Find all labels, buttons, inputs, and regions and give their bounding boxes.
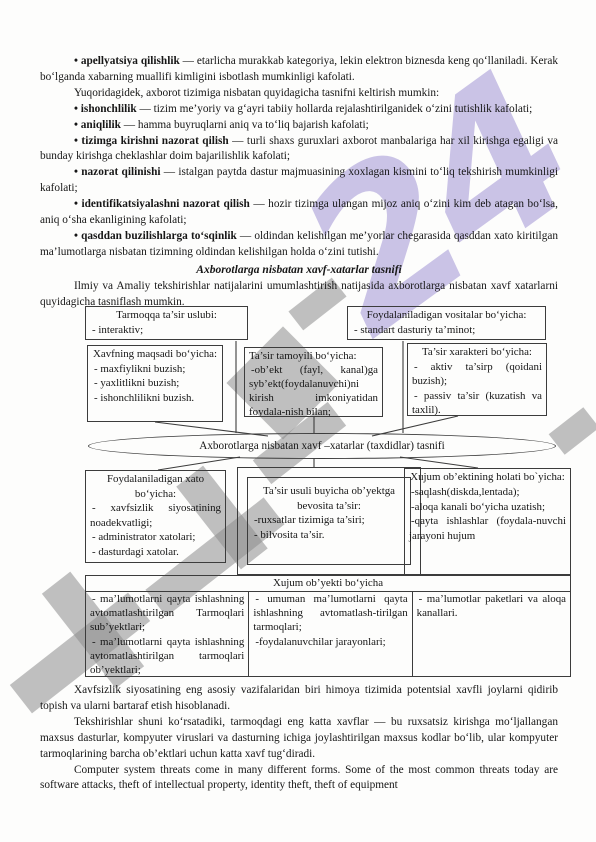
list-item: - ma’lumotlarni qayta ishlashning avtoma… bbox=[90, 635, 244, 678]
box-object-state: Xujum ob’ektining holati bo`yicha: -saql… bbox=[404, 468, 571, 575]
paragraph: • ishonchlilik — tizim me’yoriy va g‘ayr… bbox=[40, 102, 558, 118]
list-item: - bilvosita ta’sir. bbox=[252, 528, 406, 543]
list-item: - ishonchlilikni buzish. bbox=[92, 391, 218, 406]
paragraph: Xavfsizlik siyosatining eng asosiy vazif… bbox=[40, 683, 558, 715]
list-item: - dasturdagi xatolar. bbox=[90, 545, 221, 560]
box-errors: Foydalaniladigan xato bo‘yicha: - xavfsi… bbox=[85, 470, 226, 563]
watermark-gray-fragment bbox=[549, 407, 596, 455]
central-ellipse: Axborotlarga nisbatan xavf –xatarlar (ta… bbox=[88, 433, 556, 459]
box-goal: Xavfning maqsadi bo‘yicha: - maxfiylikni… bbox=[87, 345, 223, 422]
table-header: Xujum ob’yekti bo‘yicha bbox=[86, 576, 570, 592]
box-character: Ta’sir xarakteri bo‘yicha: - aktiv ta’si… bbox=[407, 343, 547, 416]
box-title: Ta’sir tamoyili bo‘yicha: bbox=[249, 349, 378, 363]
closing-text: Xavfsizlik siyosatining eng asosiy vazif… bbox=[40, 683, 558, 794]
list-item: -foydalanuvchilar jarayonlari; bbox=[253, 635, 407, 649]
paragraph: • tizimga kirishni nazorat qilish — turl… bbox=[40, 134, 558, 166]
list-item: - umuman ma’lumotlarni qayta ishlashning… bbox=[253, 592, 407, 635]
document-page: 24 • apellyatsiya qilishlik — etarlicha … bbox=[0, 0, 596, 842]
list-item: -saqlash(diskda,lentada); bbox=[409, 485, 566, 500]
ellipse-label: Axborotlarga nisbatan xavf –xatarlar (ta… bbox=[199, 440, 445, 452]
paragraph: Yuqoridagidek, axborot tizimiga nisbatan… bbox=[40, 86, 558, 102]
list-item: - ma’lumotlarni qayta ishlashning avtoma… bbox=[90, 592, 244, 635]
paragraph: Computer system threats come in many dif… bbox=[40, 763, 558, 795]
box-title: Foydalaniladigan xato bo‘yicha: bbox=[90, 472, 221, 501]
list-item: -qayta ishlashlar (foydala-nuvchi jarayo… bbox=[409, 514, 566, 544]
box-title: Ta’sir xarakteri bo‘yicha: bbox=[412, 345, 542, 360]
box-network-mode: Tarmoqqa ta’sir uslubi: - interaktiv;- p… bbox=[85, 306, 248, 340]
list-item: - ma’lumotlar paketlari va aloqa kanalla… bbox=[417, 592, 566, 620]
list-item: - standart dasturiy ta’minot; bbox=[352, 323, 541, 338]
table-col-packets: - ma’lumotlar paketlari va aloqa kanalla… bbox=[412, 592, 570, 677]
list-item: - passiv ta’sir (kuzatish va taxlil). bbox=[412, 389, 542, 417]
box-method: Ta’sir usuli buyicha ob’yektga bevosita … bbox=[247, 477, 411, 565]
paragraph: • apellyatsiya qilishlik — etarlicha mur… bbox=[40, 54, 558, 86]
list-item: -aloqa kanali bo‘yicha uzatish; bbox=[409, 500, 566, 515]
paragraph: Tekshirishlar shuni ko‘rsatadiki, tarmoq… bbox=[40, 715, 558, 763]
intro-text: • apellyatsiya qilishlik — etarlicha mur… bbox=[40, 54, 558, 261]
box-title: Ta’sir usuli buyicha ob’yektga bevosita … bbox=[252, 484, 406, 513]
table-col-subjects: - ma’lumotlarni qayta ishlashning avtoma… bbox=[86, 592, 248, 677]
paragraph: • aniqlilik — hamma buyruqlarni aniq va … bbox=[40, 118, 558, 134]
list-item: - administrator xatolari; bbox=[90, 530, 221, 545]
table-col-networks: - umuman ma’lumotlarni qayta ishlashning… bbox=[248, 592, 411, 677]
list-item: -ruxsatlar tizimiga ta’siri; bbox=[252, 513, 406, 528]
box-title: Tarmoqqa ta’sir uslubi: bbox=[90, 308, 243, 323]
list-item: - aktiv ta’sirp (qoidani buzish); bbox=[412, 360, 542, 389]
box-title: Xujum ob’ektining holati bo`yicha: bbox=[409, 470, 566, 485]
list-item: - maxfiylikni buzish; bbox=[92, 362, 218, 377]
box-title: Xavfning maqsadi bo‘yicha: bbox=[92, 347, 218, 362]
box-principle: Ta’sir tamoyili bo‘yicha: -ob’ekt (fayl,… bbox=[244, 347, 383, 417]
paragraph: • nazorat qilinishi — istalgan paytda da… bbox=[40, 165, 558, 197]
list-item: - xavfsizlik siyosatining noadekvatligi; bbox=[90, 501, 221, 530]
list-item: - paketli; bbox=[90, 337, 243, 340]
list-item: - yaxlitlikni buzish; bbox=[92, 376, 218, 391]
list-item: - interaktiv; bbox=[90, 323, 243, 338]
table-body: - ma’lumotlarni qayta ishlashning avtoma… bbox=[86, 592, 570, 677]
list-item: - maxsus dasturiy ta’minot; bbox=[352, 337, 541, 340]
box-title: Foydalaniladigan vositalar bo‘yicha: bbox=[352, 308, 541, 323]
paragraph: • identifikatsiyalashni nazorat qilish —… bbox=[40, 197, 558, 229]
paragraph: • qasddan buzilishlarga to‘sqinlik — old… bbox=[40, 229, 558, 261]
attack-object-table: Xujum ob’yekti bo‘yicha - ma’lumotlarni … bbox=[85, 575, 571, 677]
list-item: -ob’ekt (fayl, kanal)ga syb’ekt(foydalan… bbox=[249, 363, 378, 417]
box-tools: Foydalaniladigan vositalar bo‘yicha: - s… bbox=[347, 306, 546, 340]
section-title: Axborotlarga nisbatan xavf-xatarlar tasn… bbox=[40, 262, 558, 278]
